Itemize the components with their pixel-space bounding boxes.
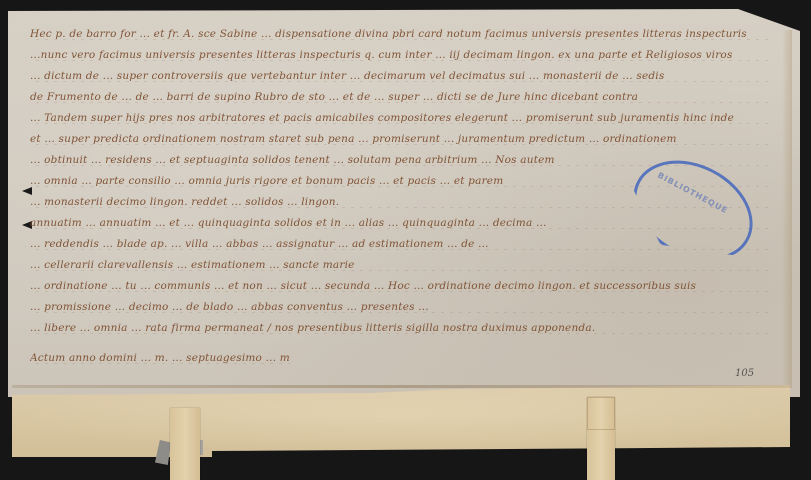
- text-line: et ... super predicta ordinationem nostr…: [30, 133, 770, 147]
- seal-tag-slot: [587, 397, 615, 430]
- text-line: ... ordinatione ... tu ... communis ... …: [30, 280, 770, 294]
- fold-line: [12, 385, 790, 388]
- text-line: ... promissione ... decimo ... de blado …: [30, 301, 770, 315]
- seal-tag-left: [170, 408, 200, 480]
- text-line: ... libere ... omnia ... rata firma perm…: [30, 322, 770, 336]
- text-line: ... cellerarii clarevallensis ... estima…: [30, 259, 770, 273]
- text-line: Hec p. de barro for ... et fr. A. sce Sa…: [30, 28, 770, 42]
- text-line: ... dictum de ... super controversiis qu…: [30, 70, 770, 84]
- parchment-edge: [782, 30, 792, 388]
- text-line: ...nunc vero facimus universis presentes…: [30, 49, 770, 63]
- text-line: de Frumento de ... de ... barri de supin…: [30, 91, 770, 105]
- text-line: Actum anno domini ... m. ... septuagesim…: [30, 352, 290, 366]
- text-line: ... Tandem super hijs pres nos arbitrato…: [30, 112, 770, 126]
- shelfmark: 105: [735, 368, 754, 379]
- document-photo: Hec p. de barro for ... et fr. A. sce Sa…: [0, 0, 811, 480]
- plica-fold: [12, 385, 790, 457]
